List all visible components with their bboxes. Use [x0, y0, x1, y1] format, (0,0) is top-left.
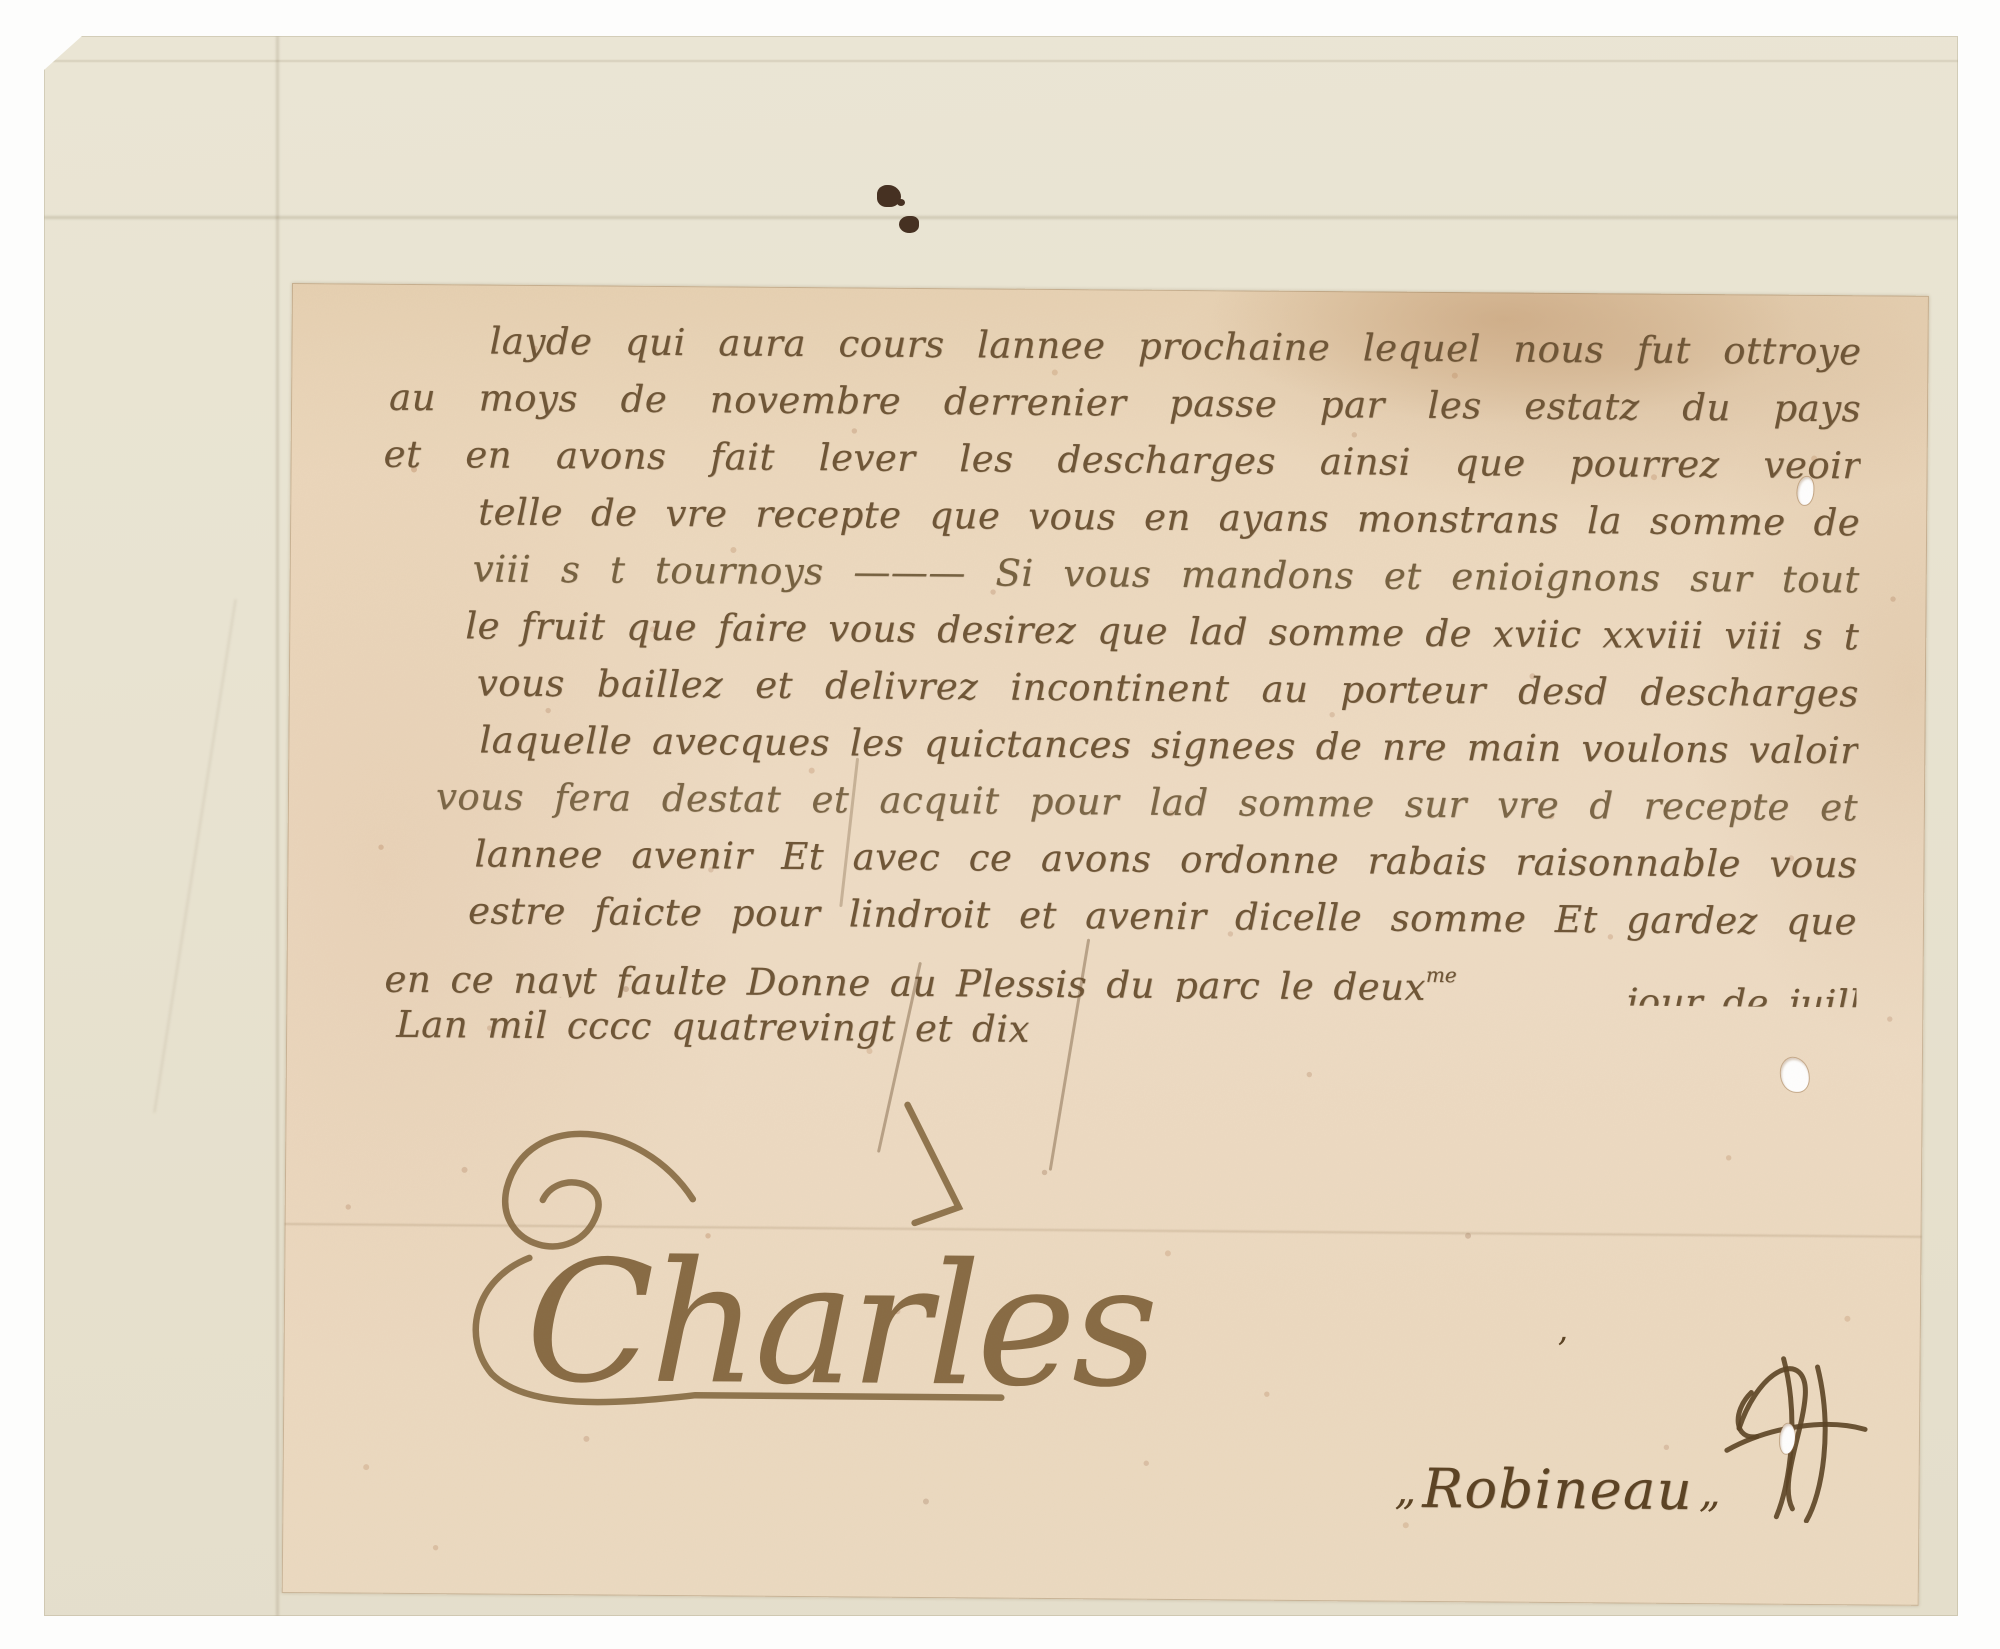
fold-crease-diagonal — [153, 599, 236, 1113]
countersign-right-mark: „ — [1699, 1467, 1721, 1516]
signature-text: Charles — [525, 1224, 1155, 1425]
manuscript-date-line: Lan mil cccc quatrevingt et dix — [374, 996, 1856, 1065]
letter-page: layde qui aura cours lannee prochaine le… — [282, 283, 1929, 1606]
manuscript-scan: layde qui aura cours lannee prochaine le… — [0, 0, 2000, 1649]
signature-pennant-flag — [907, 1105, 960, 1223]
ink-spot — [897, 199, 905, 206]
fold-crease-horizontal — [44, 216, 1958, 219]
dateline-superscript: me — [1426, 963, 1457, 987]
countersign-paraph — [1721, 1332, 1872, 1523]
dateline-day: jour de juillet — [1626, 973, 1857, 1007]
letter-outer-sheet: layde qui aura cours lannee prochaine le… — [44, 36, 1958, 1616]
signature-flourish: Charles — [433, 1079, 1176, 1475]
countersign-name: Robineau — [1422, 1457, 1693, 1522]
secretary-countersignature: ʼ „ Robineau „ — [1394, 1330, 1896, 1554]
ink-spot — [899, 216, 919, 233]
manuscript-text: layde qui aura cours lannee prochaine le… — [374, 312, 1862, 1065]
royal-signature: Charles — [433, 1079, 1176, 1475]
abbreviation-mark: ʼ — [1555, 1331, 1566, 1371]
fold-crease-vertical — [276, 36, 279, 1616]
fold-crease-top — [44, 60, 1958, 62]
paper-speckles — [292, 283, 295, 286]
countersign-left-mark: „ — [1394, 1465, 1416, 1514]
